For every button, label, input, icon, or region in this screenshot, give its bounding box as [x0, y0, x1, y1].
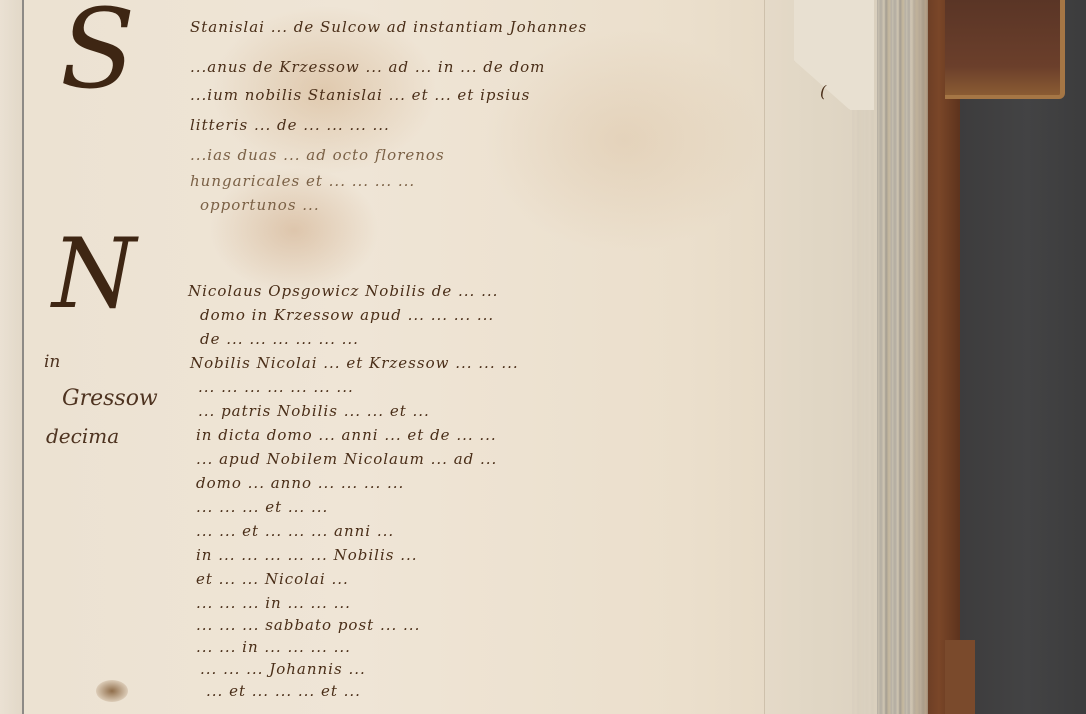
text-line: domo in Krzessow apud ... ... ... ... [200, 306, 494, 324]
margin-note-in: in [44, 352, 60, 372]
text-line: Nobilis Nicolai ... et Krzessow ... ... … [190, 354, 519, 372]
text-line: ... ... ... sabbato post ... ... [196, 616, 420, 634]
text-line: hungaricales et ... ... ... ... [190, 172, 415, 190]
text-line: de ... ... ... ... ... ... [200, 330, 359, 348]
margin-note-decima: decima [46, 424, 119, 448]
text-line: in dicta domo ... anni ... et de ... ... [196, 426, 497, 444]
text-line: ... ... in ... ... ... ... [196, 638, 351, 656]
facing-page-edge [0, 0, 22, 714]
decorated-initial-n: N [52, 226, 136, 322]
text-line: ... ... ... et ... ... [196, 498, 328, 516]
text-line: ... ... ... Johannis ... [200, 660, 366, 678]
leather-cover-bottom [945, 640, 975, 714]
text-line: ... ... et ... ... ... anni ... [196, 522, 394, 540]
text-line: domo ... anno ... ... ... ... [196, 474, 404, 492]
text-line: et ... ... Nicolai ... [196, 570, 349, 588]
margin-note-place: Gressow [62, 386, 158, 411]
text-line: Stanislai ... de Sulcow ad instantiam Jo… [190, 18, 587, 36]
leather-cover-flap [945, 0, 1065, 99]
text-line: ... ... ... ... ... ... ... [198, 378, 354, 396]
leather-cover-edge [925, 0, 960, 714]
text-line: in ... ... ... ... ... Nobilis ... [196, 546, 418, 564]
text-line: opportunos ... [200, 196, 320, 214]
text-line: ... apud Nobilem Nicolaum ... ad ... [196, 450, 497, 468]
decorated-initial-s: S [60, 0, 135, 104]
text-line: Nicolaus Opsgowicz Nobilis de ... ... [188, 282, 498, 300]
dark-background [940, 0, 1086, 714]
manuscript-photo: S Stanislai ... de Sulcow ad instantiam … [0, 0, 1086, 714]
text-line: ...ium nobilis Stanislai ... et ... et i… [190, 86, 530, 104]
text-line: litteris ... de ... ... ... ... [190, 116, 390, 134]
edge-mark: ( [820, 82, 827, 101]
text-line: ... ... ... in ... ... ... [196, 594, 351, 612]
ink-blot [96, 680, 128, 702]
text-line: ... et ... ... ... et ... [206, 682, 361, 700]
text-line: ...ias duas ... ad octo florenos [190, 146, 445, 164]
text-line: ...anus de Krzessow ... ad ... in ... de… [190, 58, 545, 76]
text-line: ... patris Nobilis ... ... et ... [198, 402, 430, 420]
